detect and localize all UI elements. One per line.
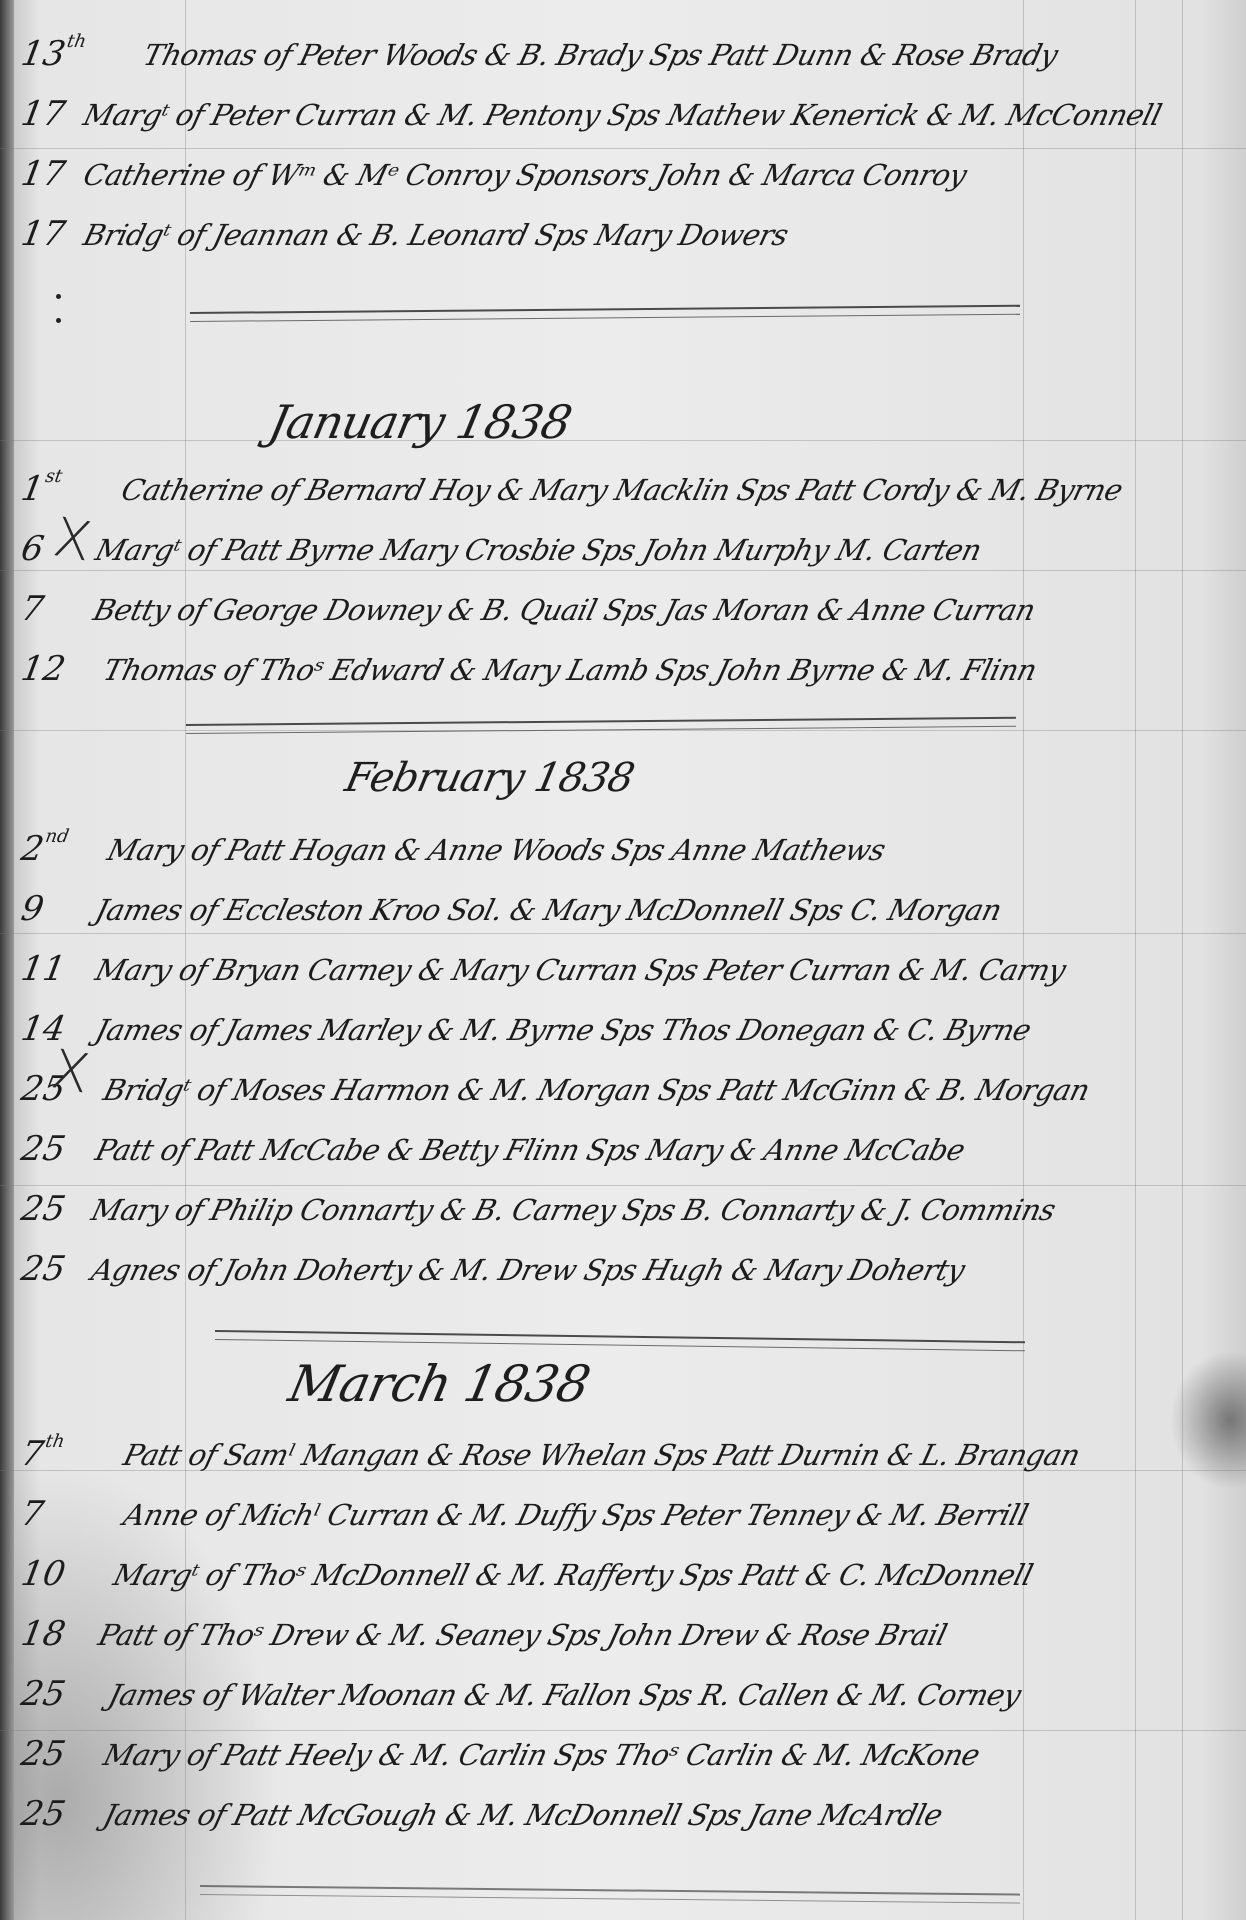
entry-day: 6 bbox=[18, 526, 47, 569]
entry-text: Margᵗ of Patt Byrne Mary Crosbie Sps Joh… bbox=[92, 533, 985, 567]
entry-day: 11 bbox=[18, 946, 69, 989]
entry-day: 12 bbox=[18, 646, 69, 689]
entry-day: 10 bbox=[18, 1551, 69, 1594]
entry-day: 1st bbox=[18, 466, 64, 509]
entry-text: Thomas of Thoˢ Edward & Mary Lamb Sps Jo… bbox=[100, 653, 1040, 687]
register-entry: 25 Agnes of John Doherty & M. Drew Sps H… bbox=[0, 1235, 1246, 1295]
register-entry: 25 James of Patt McGough & M. McDonnell … bbox=[0, 1780, 1246, 1840]
register-entry: 1st Catherine of Bernard Hoy & Mary Mack… bbox=[0, 455, 1246, 515]
entry-day: 2nd bbox=[18, 826, 70, 869]
register-entry: 14 James of James Marley & M. Byrne Sps … bbox=[0, 995, 1246, 1055]
entry-text: Mary of Philip Connarty & B. Carney Sps … bbox=[88, 1193, 1059, 1227]
register-entry: 25 Mary of Philip Connarty & B. Carney S… bbox=[0, 1175, 1246, 1235]
month-heading: February 1838 bbox=[341, 755, 638, 801]
entry-day: 18 bbox=[18, 1611, 69, 1654]
register-entry: 17 Catherine of Wᵐ & Mᵉ Conroy Sponsors … bbox=[0, 140, 1246, 200]
register-entry: 7 Anne of Michˡ Curran & M. Duffy Sps Pe… bbox=[0, 1480, 1246, 1540]
entry-day: 17 bbox=[18, 91, 69, 134]
entry-text: Catherine of Wᵐ & Mᵉ Conroy Sponsors Joh… bbox=[80, 158, 970, 192]
entry-text: Betty of George Downey & B. Quail Sps Ja… bbox=[90, 593, 1039, 627]
entry-day: 7 bbox=[18, 586, 47, 629]
register-entry: 6 Margᵗ of Patt Byrne Mary Crosbie Sps J… bbox=[0, 515, 1246, 575]
register-page: 13th Thomas of Peter Woods & B. Brady Sp… bbox=[0, 0, 1246, 1920]
entry-text: Mary of Patt Hogan & Anne Woods Sps Anne… bbox=[104, 833, 889, 867]
register-entry: 17 Bridgᵗ of Jeannan & B. Leonard Sps Ma… bbox=[0, 200, 1246, 260]
register-entry: 25 Mary of Patt Heely & M. Carlin Sps Th… bbox=[0, 1720, 1246, 1780]
entry-text: James of Walter Moonan & M. Fallon Sps R… bbox=[105, 1678, 1024, 1712]
register-entry: 11 Mary of Bryan Carney & Mary Curran Sp… bbox=[0, 935, 1246, 995]
entry-day: 25 bbox=[18, 1246, 69, 1289]
register-entry: 7th Patt of Samˡ Mangan & Rose Whelan Sp… bbox=[0, 1420, 1246, 1480]
entry-text: Mary of Bryan Carney & Mary Curran Sps P… bbox=[92, 953, 1069, 987]
register-entry: 13th Thomas of Peter Woods & B. Brady Sp… bbox=[0, 20, 1246, 80]
entry-text: Bridgᵗ of Jeannan & B. Leonard Sps Mary … bbox=[80, 218, 792, 252]
entry-text: Thomas of Peter Woods & B. Brady Sps Pat… bbox=[140, 38, 1061, 72]
register-entry: 7 Betty of George Downey & B. Quail Sps … bbox=[0, 575, 1246, 635]
entry-day: 25 bbox=[18, 1671, 69, 1714]
entry-text: Margᵗ of Peter Curran & M. Pentony Sps M… bbox=[80, 98, 1165, 132]
register-entry: 10 Margᵗ of Thoˢ McDonnell & M. Rafferty… bbox=[0, 1540, 1246, 1600]
entry-day: 17 bbox=[18, 211, 69, 254]
register-entry: 17 Margᵗ of Peter Curran & M. Pentony Sp… bbox=[0, 80, 1246, 140]
register-entry: 2nd Mary of Patt Hogan & Anne Woods Sps … bbox=[0, 815, 1246, 875]
ink-dot bbox=[56, 318, 61, 323]
entry-day: 25 bbox=[18, 1126, 69, 1169]
line-rule bbox=[0, 440, 1246, 441]
entry-day: 7th bbox=[18, 1431, 66, 1474]
entry-text: Patt of Patt McCabe & Betty Flinn Sps Ma… bbox=[92, 1133, 968, 1167]
register-entry: 25 Patt of Patt McCabe & Betty Flinn Sps… bbox=[0, 1115, 1246, 1175]
section-divider bbox=[215, 1330, 1025, 1351]
entry-text: Mary of Patt Heely & M. Carlin Sps Thoˢ … bbox=[100, 1738, 983, 1772]
entry-day: 13th bbox=[18, 31, 88, 74]
register-entry: 25 Bridgᵗ of Moses Harmon & M. Morgan Sp… bbox=[0, 1055, 1246, 1115]
register-entry: 9 James of Eccleston Kroo Sol. & Mary Mc… bbox=[0, 875, 1246, 935]
entry-text: Agnes of John Doherty & M. Drew Sps Hugh… bbox=[88, 1253, 968, 1287]
month-heading: January 1838 bbox=[264, 395, 576, 449]
entry-day: 9 bbox=[18, 886, 47, 929]
entry-day: 25 bbox=[18, 1791, 69, 1834]
month-heading: March 1838 bbox=[284, 1355, 595, 1413]
entry-text: Margᵗ of Thoˢ McDonnell & M. Rafferty Sp… bbox=[110, 1558, 1036, 1592]
register-entry: 18 Patt of Thoˢ Drew & M. Seaney Sps Joh… bbox=[0, 1600, 1246, 1660]
section-divider bbox=[186, 717, 1016, 734]
entry-day: 25 bbox=[18, 1731, 69, 1774]
register-entry: 12 Thomas of Thoˢ Edward & Mary Lamb Sps… bbox=[0, 635, 1246, 695]
entry-text: James of James Marley & M. Byrne Sps Tho… bbox=[92, 1013, 1034, 1047]
section-divider bbox=[200, 1885, 1020, 1904]
entry-day: 25 bbox=[18, 1186, 69, 1229]
section-divider bbox=[190, 305, 1020, 322]
entry-text: Patt of Thoˢ Drew & M. Seaney Sps John D… bbox=[95, 1618, 950, 1652]
entry-text: James of Patt McGough & M. McDonnell Sps… bbox=[100, 1798, 946, 1832]
entry-text: James of Eccleston Kroo Sol. & Mary McDo… bbox=[92, 893, 1005, 927]
entry-text: Anne of Michˡ Curran & M. Duffy Sps Pete… bbox=[120, 1498, 1031, 1532]
entry-day: 7 bbox=[18, 1491, 47, 1534]
entry-text: Patt of Samˡ Mangan & Rose Whelan Sps Pa… bbox=[120, 1438, 1083, 1472]
register-entry: 25 James of Walter Moonan & M. Fallon Sp… bbox=[0, 1660, 1246, 1720]
ink-dot bbox=[56, 294, 61, 299]
entry-text: Bridgᵗ of Moses Harmon & M. Morgan Sps P… bbox=[100, 1073, 1093, 1107]
entry-day: 17 bbox=[18, 151, 69, 194]
entry-text: Catherine of Bernard Hoy & Mary Macklin … bbox=[118, 473, 1126, 507]
